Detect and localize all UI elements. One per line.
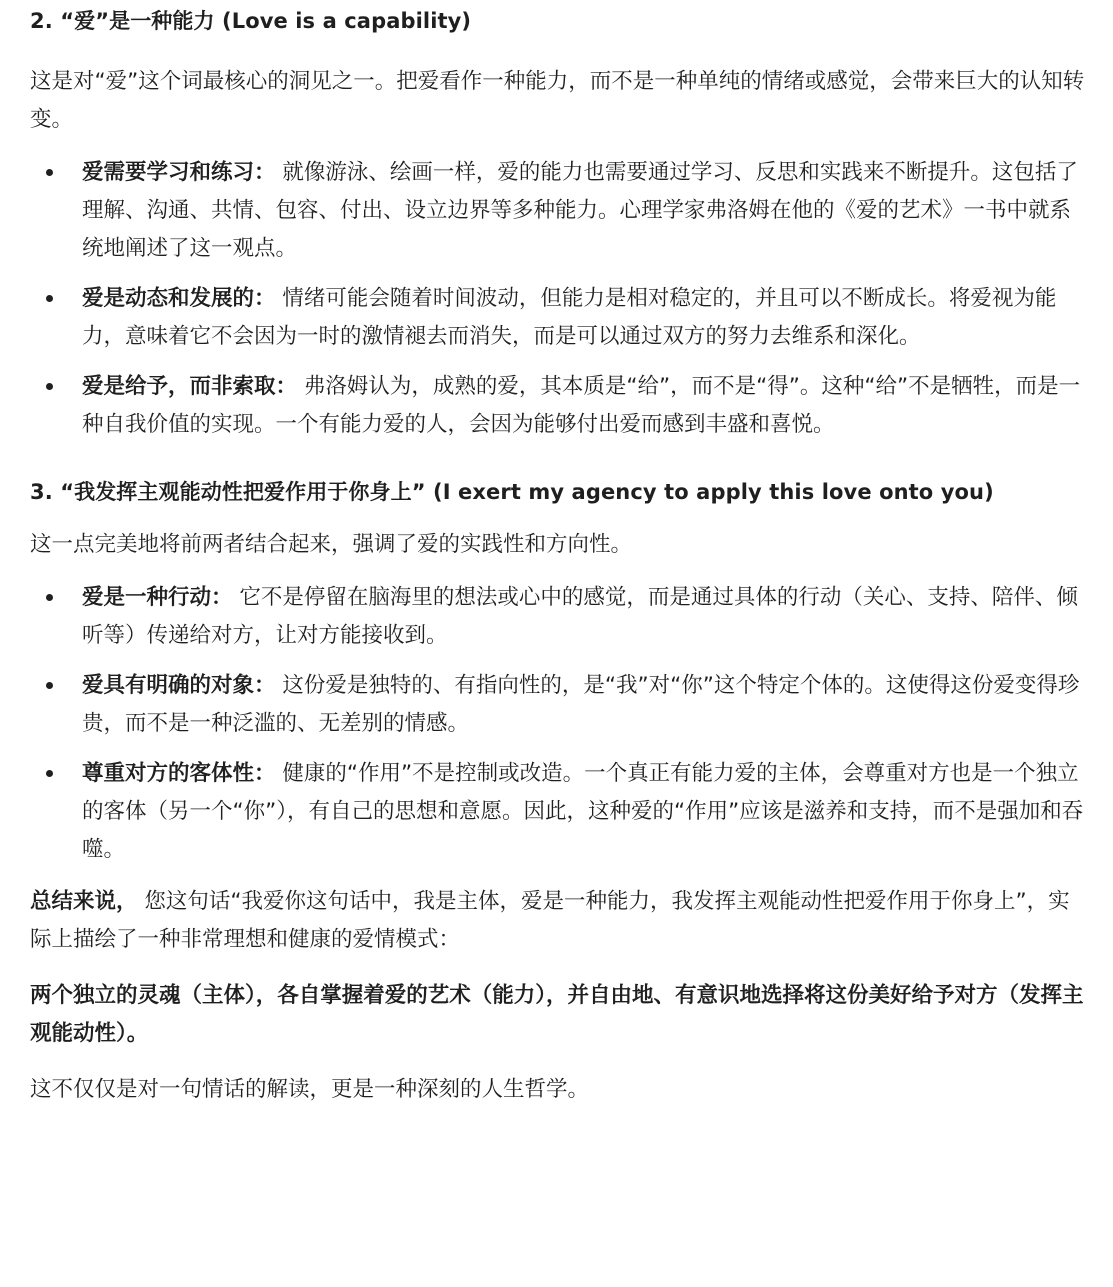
list-item: 爱是一种行动： 它不是停留在脑海里的想法或心中的感觉，而是通过具体的行动（关心、…	[30, 579, 1089, 655]
section-2-intro: 这是对“爱”这个词最核心的洞见之一。把爱看作一种能力，而不是一种单纯的情绪或感觉…	[30, 63, 1089, 139]
bullet-icon	[46, 594, 53, 601]
bullet-label: 爱是动态和发展的：	[82, 286, 276, 311]
bullet-icon	[46, 770, 53, 777]
section-2-bullet-list: 爱需要学习和练习： 就像游泳、绘画一样，爱的能力也需要通过学习、反思和实践来不断…	[30, 154, 1089, 444]
document-body: 2. “爱”是一种能力 (Love is a capability) 这是对“爱…	[0, 0, 1113, 1109]
section-3-bullet-list: 爱是一种行动： 它不是停留在脑海里的想法或心中的感觉，而是通过具体的行动（关心、…	[30, 579, 1089, 869]
bullet-icon	[46, 383, 53, 390]
summary-text: 您这句话“我爱你这句话中，我是主体，爱是一种能力，我发挥主观能动性把爱作用于你身…	[30, 889, 1070, 952]
section-3-intro: 这一点完美地将前两者结合起来，强调了爱的实践性和方向性。	[30, 526, 1089, 564]
list-item: 爱需要学习和练习： 就像游泳、绘画一样，爱的能力也需要通过学习、反思和实践来不断…	[30, 154, 1089, 268]
bullet-label: 爱是给予，而非索取：	[82, 374, 297, 399]
bullet-icon	[46, 682, 53, 689]
section-2-heading: 2. “爱”是一种能力 (Love is a capability)	[30, 0, 1089, 37]
summary-label: 总结来说，	[30, 889, 138, 914]
conclusion-paragraph: 两个独立的灵魂（主体），各自掌握着爱的艺术（能力），并自由地、有意识地选择将这份…	[30, 977, 1089, 1053]
list-item: 爱具有明确的对象： 这份爱是独特的、有指向性的，是“我”对“你”这个特定个体的。…	[30, 667, 1089, 743]
bullet-icon	[46, 295, 53, 302]
list-item: 尊重对方的客体性： 健康的“作用”不是控制或改造。一个真正有能力爱的主体，会尊重…	[30, 755, 1089, 869]
bullet-icon	[46, 169, 53, 176]
list-item: 爱是动态和发展的： 情绪可能会随着时间波动，但能力是相对稳定的，并且可以不断成长…	[30, 280, 1089, 356]
bullet-label: 爱是一种行动：	[82, 585, 233, 610]
final-paragraph: 这不仅仅是对一句情话的解读，更是一种深刻的人生哲学。	[30, 1071, 1089, 1109]
bullet-label: 爱具有明确的对象：	[82, 673, 276, 698]
list-item: 爱是给予，而非索取： 弗洛姆认为，成熟的爱，其本质是“给”，而不是“得”。这种“…	[30, 368, 1089, 444]
bullet-label: 尊重对方的客体性：	[82, 761, 276, 786]
bullet-label: 爱需要学习和练习：	[82, 160, 276, 185]
section-3-heading: 3. “我发挥主观能动性把爱作用于你身上” (I exert my agency…	[30, 470, 1089, 508]
summary-paragraph: 总结来说， 您这句话“我爱你这句话中，我是主体，爱是一种能力，我发挥主观能动性把…	[30, 883, 1089, 959]
